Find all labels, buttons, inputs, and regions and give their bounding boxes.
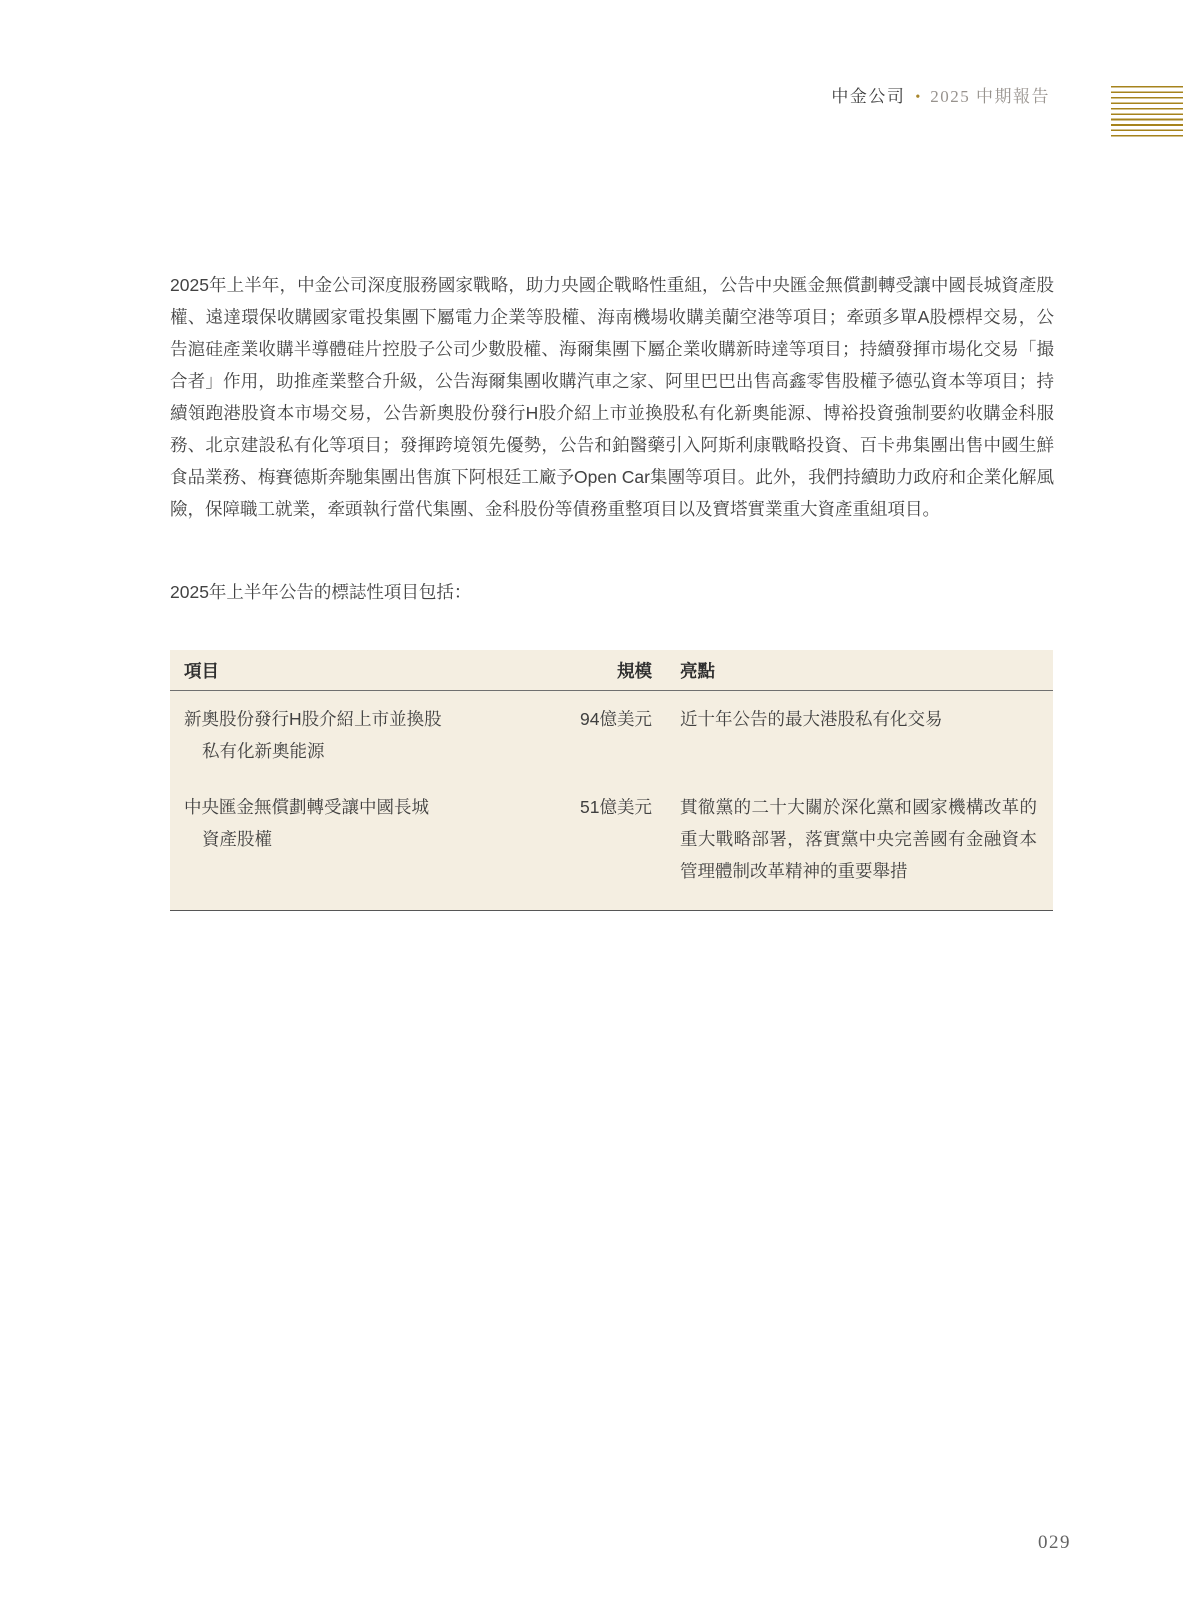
overview-paragraph: 2025年上半年，中金公司深度服務國家戰略，助力央國企戰略性重組，公告中央匯金無… — [170, 269, 1054, 525]
project-line: 私有化新奧能源 — [184, 735, 560, 767]
table-row: 中央匯金無償劃轉受讓中國長城 資產股權 51億美元 貫徹黨的二十大關於深化黨和國… — [170, 767, 1053, 910]
table-intro: 2025年上半年公告的標誌性項目包括： — [170, 578, 471, 606]
project-cell: 中央匯金無償劃轉受讓中國長城 資產股權 — [184, 791, 560, 887]
table-header-row: 項目 規模 亮點 — [170, 650, 1053, 691]
project-line: 資產股權 — [184, 823, 560, 855]
brand-name: 中金公司 — [831, 87, 905, 106]
project-cell: 新奧股份發行H股介紹上市並換股 私有化新奧能源 — [184, 703, 560, 767]
page-number: 029 — [1038, 1532, 1071, 1554]
column-header-project: 項目 — [184, 658, 560, 683]
project-line: 中央匯金無償劃轉受讓中國長城 — [184, 791, 560, 823]
table-row: 新奧股份發行H股介紹上市並換股 私有化新奧能源 94億美元 近十年公告的最大港股… — [170, 691, 1053, 767]
scale-cell: 94億美元 — [560, 703, 652, 767]
column-header-highlight: 亮點 — [652, 658, 1037, 683]
project-line: 新奧股份發行H股介紹上市並換股 — [184, 703, 560, 735]
column-header-scale: 規模 — [560, 658, 652, 683]
report-title: 2025 中期報告 — [930, 87, 1050, 106]
gold-stripes-logo-icon — [1111, 86, 1183, 137]
separator-dot-icon: • — [915, 90, 920, 105]
scale-cell: 51億美元 — [560, 791, 652, 887]
landmark-projects-table: 項目 規模 亮點 新奧股份發行H股介紹上市並換股 私有化新奧能源 94億美元 近… — [170, 650, 1053, 911]
highlight-cell: 貫徹黨的二十大關於深化黨和國家機構改革的重大戰略部署，落實黨中央完善國有金融資本… — [652, 791, 1037, 887]
running-header: 中金公司•2025 中期報告 — [831, 87, 1050, 108]
highlight-cell: 近十年公告的最大港股私有化交易 — [652, 703, 1037, 767]
report-page: 中金公司•2025 中期報告 2025年上半年，中金公司深度服務國家戰略，助力央… — [0, 0, 1190, 1615]
